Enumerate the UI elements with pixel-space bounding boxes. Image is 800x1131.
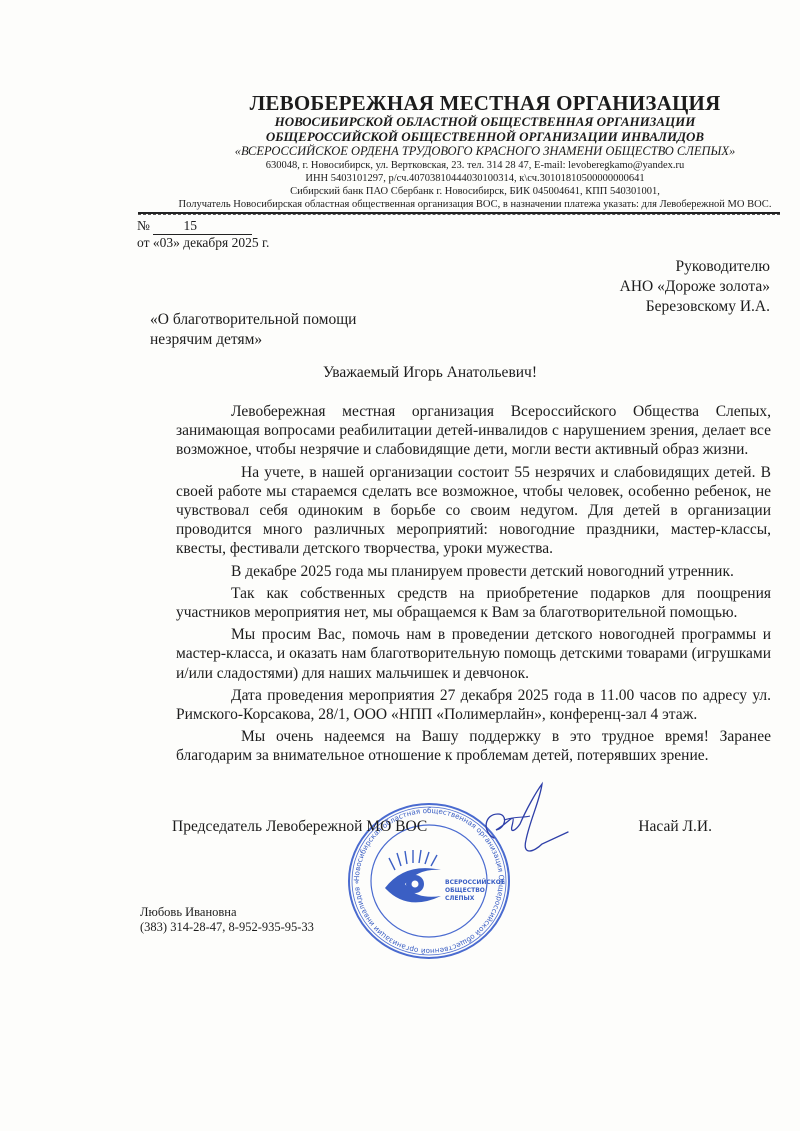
org-bank: Сибирский банк ПАО Сбербанк г. Новосибир… <box>150 185 800 198</box>
number-blank-before <box>153 218 183 235</box>
registration-number: № 15 <box>137 218 269 235</box>
addressee-position: Руководителю <box>620 257 770 277</box>
body-paragraph-2: На учете, в нашей организации состоит 55… <box>176 463 771 559</box>
registration-block: № 15 от «03» декабря 2025 г. <box>137 218 269 251</box>
subject-line-1: «О благотворительной помощи <box>150 310 356 330</box>
contact-block: Любовь Ивановна (383) 314-28-47, 8-952-9… <box>140 905 314 935</box>
number-blank-after <box>197 218 252 235</box>
org-address: 630048, г. Новосибирск, ул. Вертковская,… <box>150 159 800 172</box>
body-paragraph-7: Мы очень надеемся на Вашу поддержку в эт… <box>176 727 771 765</box>
addressee-name: Березовскому И.А. <box>620 297 770 317</box>
org-recipient: Получатель Новосибирская областная общес… <box>150 198 800 211</box>
org-title: ЛЕВОБЕРЕЖНАЯ МЕСТНАЯ ОРГАНИЗАЦИЯ <box>150 92 800 114</box>
contact-phones: (383) 314-28-47, 8-952-935-95-33 <box>140 920 314 935</box>
body-paragraph-4: Так как собственных средств на приобрете… <box>176 584 771 622</box>
signatory-name: Насай Л.И. <box>638 818 712 836</box>
handwritten-signature-icon <box>476 780 586 860</box>
body-paragraph-6: Дата проведения мероприятия 27 декабря 2… <box>176 686 771 724</box>
number-sign: № <box>137 218 150 233</box>
stamp-inner-text-3: СЛЕПЫХ <box>445 895 475 902</box>
org-requisites: ИНН 5403101297, р/сч.4070381044403010031… <box>150 172 800 185</box>
addressee-organization: АНО «Дороже золота» <box>620 277 770 297</box>
stamp-inner-text-2: ОБЩЕСТВО <box>445 887 485 894</box>
org-subtitle-1: НОВОСИБИРСКОЙ ОБЛАСТНОЙ ОБЩЕСТВЕННАЯ ОРГ… <box>150 114 800 129</box>
letter-body: Левобережная местная организация Всеросс… <box>176 402 771 769</box>
letterhead-divider <box>138 212 780 215</box>
registration-date: от «03» декабря 2025 г. <box>137 235 269 251</box>
body-paragraph-1: Левобережная местная организация Всеросс… <box>176 402 771 460</box>
addressee-block: Руководителю АНО «Дороже золота» Березов… <box>620 257 770 317</box>
letter-page: ЛЕВОБЕРЕЖНАЯ МЕСТНАЯ ОРГАНИЗАЦИЯ НОВОСИБ… <box>0 0 800 1131</box>
subject-line-2: незрячим детям» <box>150 330 356 350</box>
letterhead: ЛЕВОБЕРЕЖНАЯ МЕСТНАЯ ОРГАНИЗАЦИЯ НОВОСИБ… <box>150 92 800 211</box>
signatory-position: Председатель Левобережной МО ВОС <box>172 818 427 836</box>
body-paragraph-5: Мы просим Вас, помочь нам в проведении д… <box>176 625 771 683</box>
body-paragraph-3: В декабре 2025 года мы планируем провест… <box>176 562 771 581</box>
number-value: 15 <box>183 218 197 235</box>
salutation: Уважаемый Игорь Анатольевич! <box>0 364 800 382</box>
subject-block: «О благотворительной помощи незрячим дет… <box>150 310 356 350</box>
stamp-inner-text-1: ВСЕРОССИЙСКОЕ <box>445 878 505 886</box>
org-subtitle-3: «ВСЕРОССИЙСКОЕ ОРДЕНА ТРУДОВОГО КРАСНОГО… <box>150 144 800 159</box>
org-subtitle-2: ОБЩЕРОССИЙСКОЙ ОБЩЕСТВЕННОЙ ОРГАНИЗАЦИИ … <box>150 129 800 144</box>
contact-name: Любовь Ивановна <box>140 905 314 920</box>
